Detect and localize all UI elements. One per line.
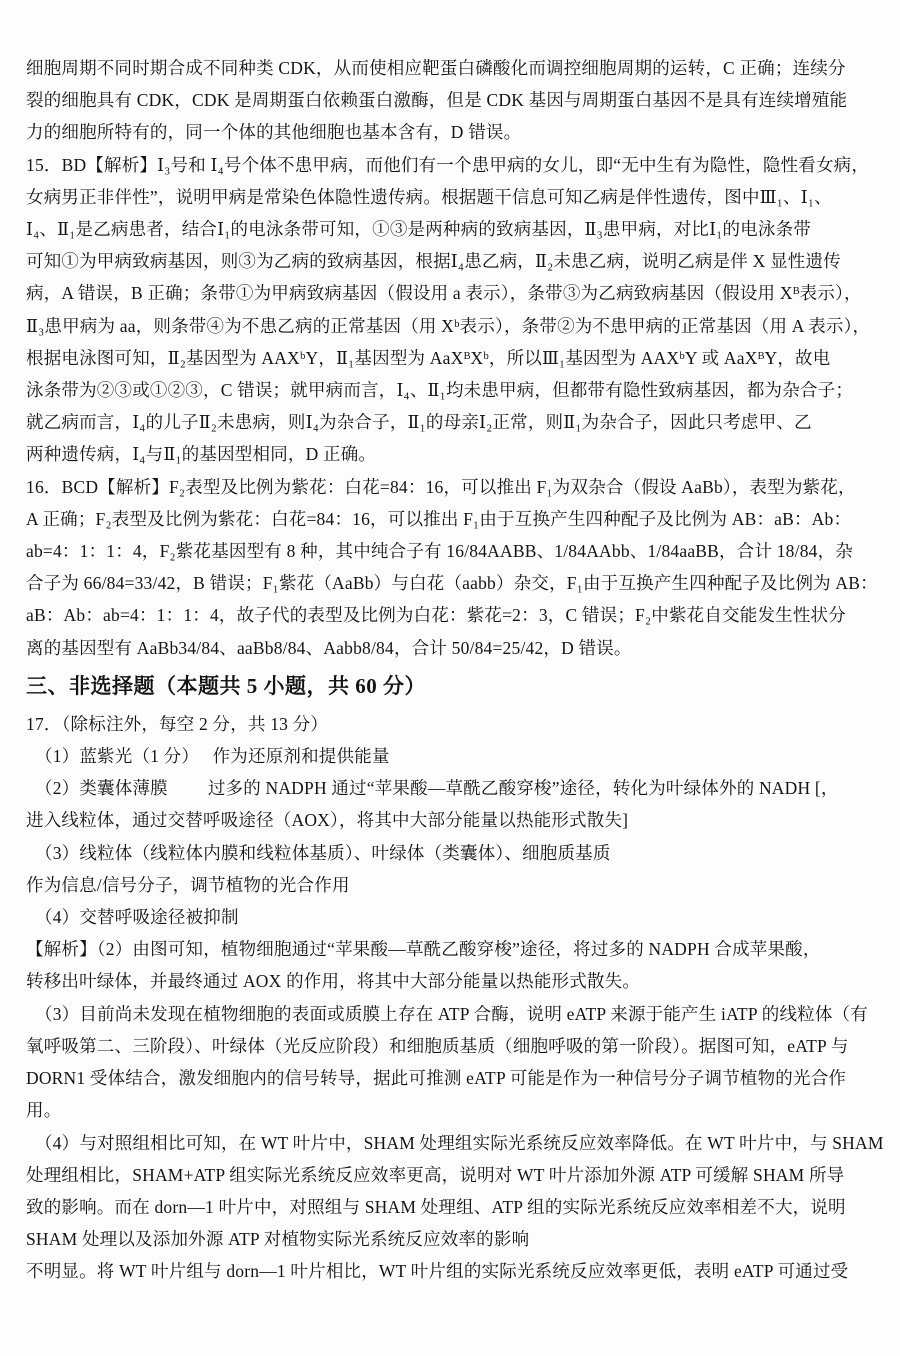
text-line: （4）与对照组相比可知，在 WT 叶片中，SHAM 处理组实际光系统反应效率降低…: [26, 1127, 878, 1159]
text-line: 病，A 错误，B 正确；条带①为甲病致病基因（假设用 a 表示），条带③为乙病致…: [26, 277, 878, 309]
text-line: （3）目前尚未发现在植物细胞的表面或质膜上存在 ATP 合酶，说明 eATP 来…: [26, 998, 878, 1030]
text-line: 细胞周期不同时期合成不同种类 CDK，从而使相应靶蛋白磷酸化而调控细胞周期的运转…: [26, 52, 878, 84]
text-line: 裂的细胞具有 CDK，CDK 是周期蛋白依赖蛋白激酶，但是 CDK 基因与周期蛋…: [26, 84, 878, 116]
text-line: A 正确；F₂表型及比例为紫花：白花=84：16，可以推出 F₁由于互换产生四种…: [26, 503, 878, 535]
text-line: 三、非选择题（本题共 5 小题，共 60 分）: [26, 664, 878, 708]
text-line: Ⅱ₃患甲病为 aa，则条带④为不患乙病的正常基因（用 Xᵇ表示），条带②为不患甲…: [26, 310, 878, 342]
text-line: 进入线粒体，通过交替呼吸途径（AOX），将其中大部分能量以热能形式散失]: [26, 804, 878, 836]
text-line: 离的基因型有 AaBb34/84、aaBb8/84、Aabb8/84，合计 50…: [26, 632, 878, 664]
text-line: （1）蓝紫光（1 分） 作为还原剂和提供能量: [26, 740, 878, 772]
text-line: 不明显。将 WT 叶片组与 dorn—1 叶片相比，WT 叶片组的实际光系统反应…: [26, 1255, 878, 1287]
text-line: 作为信息/信号分子，调节植物的光合作用: [26, 869, 878, 901]
text-line: 16．BCD【解析】F₂表型及比例为紫花：白花=84：16，可以推出 F₁为双杂…: [26, 471, 878, 503]
text-line: （4）交替呼吸途径被抑制: [26, 901, 878, 933]
text-line: 17．（除标注外，每空 2 分，共 13 分）: [26, 708, 878, 740]
text-line: 合子为 66/84=33/42，B 错误；F₁紫花（AaBb）与白花（aabb）…: [26, 567, 878, 599]
paragraph-q14-explanation-tail: 细胞周期不同时期合成不同种类 CDK，从而使相应靶蛋白磷酸化而调控细胞周期的运转…: [26, 52, 878, 149]
text-line: 两种遗传病，Ⅰ₄与Ⅱ₁的基因型相同，D 正确。: [26, 438, 878, 470]
text-line: 根据电泳图可知，Ⅱ₂基因型为 AAXᵇY，Ⅱ₁基因型为 AaXᴮXᵇ，所以Ⅲ₁基…: [26, 342, 878, 374]
paragraph-q17-answer: 17．（除标注外，每空 2 分，共 13 分）（1）蓝紫光（1 分） 作为还原剂…: [26, 708, 878, 1288]
text-line: 【解析】（2）由图可知，植物细胞通过“苹果酸—草酰乙酸穿梭”途径，将过多的 NA…: [26, 933, 878, 965]
document-content: 细胞周期不同时期合成不同种类 CDK，从而使相应靶蛋白磷酸化而调控细胞周期的运转…: [26, 52, 878, 1288]
paragraph-q16-answer: 16．BCD【解析】F₂表型及比例为紫花：白花=84：16，可以推出 F₁为双杂…: [26, 471, 878, 664]
document-page: 细胞周期不同时期合成不同种类 CDK，从而使相应靶蛋白磷酸化而调控细胞周期的运转…: [0, 0, 900, 1356]
text-line: aB：Ab：ab=4：1：1：4，故子代的表型及比例为白花：紫花=2：3，C 错…: [26, 599, 878, 631]
text-line: ab=4：1：1：4，F₂紫花基因型有 8 种，其中纯合子有 16/84AABB…: [26, 535, 878, 567]
text-line: 15．BD【解析】Ⅰ₃号和 Ⅰ₄号个体不患甲病，而他们有一个患甲病的女儿，即“无…: [26, 149, 878, 181]
text-line: 力的细胞所特有的，同一个体的其他细胞也基本含有，D 错误。: [26, 116, 878, 148]
paragraph-section3-heading: 三、非选择题（本题共 5 小题，共 60 分）: [26, 664, 878, 708]
text-line: 就乙病而言，Ⅰ₄的儿子Ⅱ₂未患病，则Ⅰ₄为杂合子，Ⅱ₁的母亲Ⅰ₂正常，则Ⅱ₁为杂…: [26, 406, 878, 438]
text-line: DORN1 受体结合，激发细胞内的信号转导，据此可推测 eATP 可能是作为一种…: [26, 1062, 878, 1094]
text-line: 可知①为甲病致病基因，则③为乙病的致病基因，根据Ⅰ₄患乙病，Ⅱ₂未患乙病，说明乙…: [26, 245, 878, 277]
text-line: 泳条带为②③或①②③，C 错误；就甲病而言，Ⅰ₄、Ⅱ₁均未患甲病，但都带有隐性致…: [26, 374, 878, 406]
text-line: 用。: [26, 1094, 878, 1126]
text-line: 致的影响。而在 dorn—1 叶片中，对照组与 SHAM 处理组、ATP 组的实…: [26, 1191, 878, 1223]
text-line: 氧呼吸第二、三阶段）、叶绿体（光反应阶段）和细胞质基质（细胞呼吸的第一阶段）。据…: [26, 1030, 878, 1062]
text-line: 处理组相比，SHAM+ATP 组实际光系统反应效率更高，说明对 WT 叶片添加外…: [26, 1159, 878, 1191]
text-line: （3）线粒体（线粒体内膜和线粒体基质）、叶绿体（类囊体）、细胞质基质: [26, 837, 878, 869]
text-line: （2）类囊体薄膜 过多的 NADPH 通过“苹果酸—草酰乙酸穿梭”途径，转化为叶…: [26, 772, 878, 804]
text-line: 转移出叶绿体，并最终通过 AOX 的作用，将其中大部分能量以热能形式散失。: [26, 965, 878, 997]
text-line: Ⅰ₄、Ⅱ₁是乙病患者，结合Ⅰ₁的电泳条带可知，①③是两种病的致病基因，Ⅱ₃患甲病…: [26, 213, 878, 245]
text-line: 女病男正非伴性”，说明甲病是常染色体隐性遗传病。根据题干信息可知乙病是伴性遗传，…: [26, 181, 878, 213]
paragraph-q15-answer: 15．BD【解析】Ⅰ₃号和 Ⅰ₄号个体不患甲病，而他们有一个患甲病的女儿，即“无…: [26, 149, 878, 471]
text-line: SHAM 处理以及添加外源 ATP 对植物实际光系统反应效率的影响: [26, 1223, 878, 1255]
